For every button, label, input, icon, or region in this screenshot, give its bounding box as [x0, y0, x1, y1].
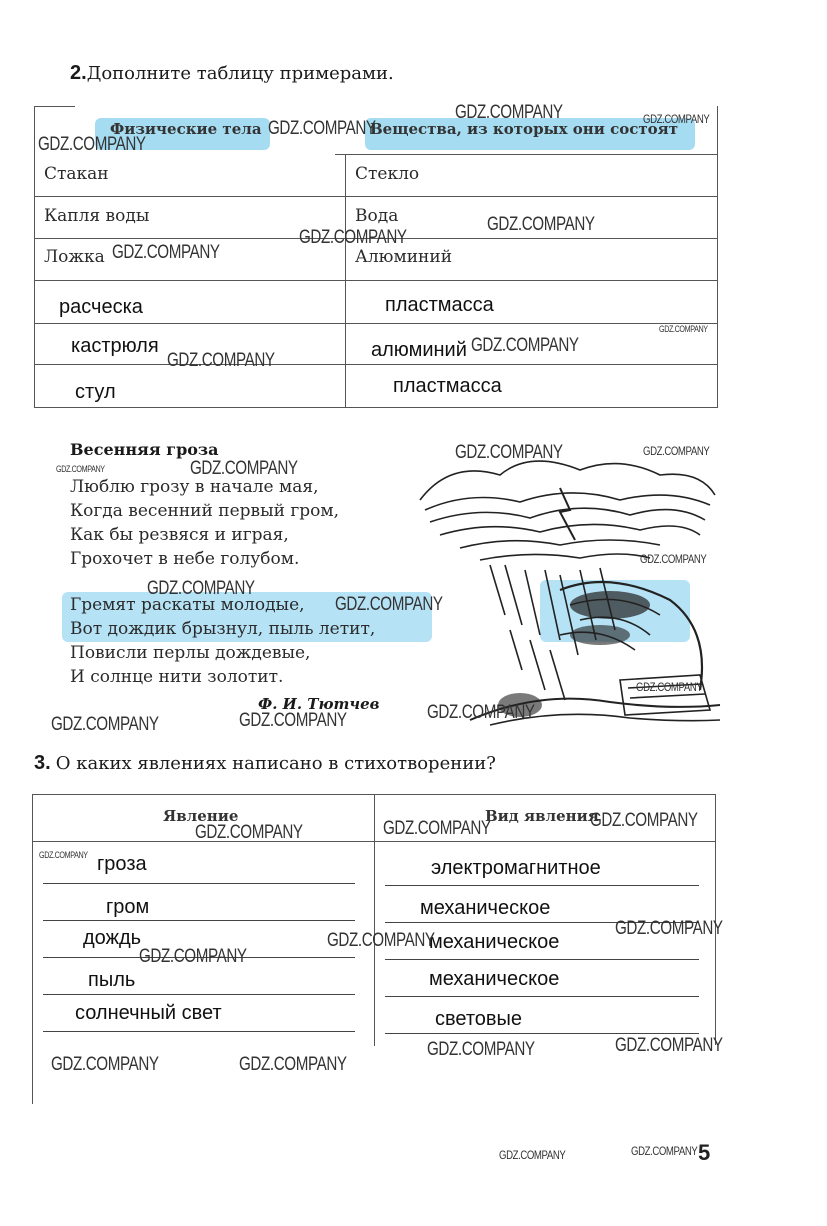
table-row-divider: [35, 196, 717, 197]
answer-cell: гроза: [97, 853, 147, 876]
answer-cell: электромагнитное: [431, 857, 601, 880]
answer-underline: [385, 959, 699, 960]
task2-number: 2.: [70, 62, 87, 84]
watermark: GDZ.COMPANY: [455, 442, 563, 464]
answer-cell: световые: [435, 1008, 522, 1031]
answer-cell: механическое: [429, 931, 559, 954]
watermark: GDZ.COMPANY: [56, 464, 105, 474]
table-cell: Ложка: [44, 247, 105, 267]
task3-header-phenomenon-type: Вид явления: [485, 807, 599, 825]
answer-underline: [43, 1031, 355, 1032]
watermark: GDZ.COMPANY: [640, 552, 706, 566]
watermark: GDZ.COMPANY: [487, 214, 595, 236]
answer-cell: механическое: [429, 968, 559, 991]
watermark: GDZ.COMPANY: [139, 946, 247, 968]
answer-cell: солнечный свет: [75, 1002, 222, 1025]
poem-stanza-1: Люблю грозу в начале мая, Когда весенний…: [70, 475, 339, 571]
answer-cell: пластмасса: [385, 294, 494, 317]
task2-title: Дополните таблицу примерами.: [87, 63, 394, 84]
watermark: GDZ.COMPANY: [659, 324, 708, 334]
task2-heading: 2.Дополните таблицу примерами.: [70, 62, 394, 85]
poem-line: Грохочет в небе голубом.: [70, 547, 339, 571]
answer-underline: [43, 994, 355, 995]
watermark: GDZ.COMPANY: [167, 350, 275, 372]
answer-cell: стул: [75, 381, 116, 404]
watermark: GDZ.COMPANY: [643, 444, 709, 458]
table-cell: Стекло: [355, 164, 419, 184]
answer-cell: пластмасса: [393, 375, 502, 398]
poem-line: Когда весенний первый гром,: [70, 499, 339, 523]
watermark: GDZ.COMPANY: [51, 1054, 159, 1076]
table-cell: Капля воды: [44, 206, 149, 226]
answer-cell: расческа: [59, 296, 143, 319]
watermark: GDZ.COMPANY: [112, 242, 220, 264]
answer-cell: гром: [106, 896, 149, 919]
answer-underline: [43, 883, 355, 884]
answer-cell: пыль: [88, 969, 135, 992]
answer-cell: дождь: [83, 927, 141, 950]
watermark: GDZ.COMPANY: [239, 710, 347, 732]
watermark: GDZ.COMPANY: [268, 118, 376, 140]
watermark: GDZ.COMPANY: [590, 810, 698, 832]
table-header-divider: [33, 841, 716, 842]
task3-title: О каких явлениях написано в стихотворени…: [56, 753, 496, 774]
watermark: GDZ.COMPANY: [615, 918, 723, 940]
poem-stanza-2: Гремят раскаты молодые, Вот дождик брызн…: [70, 593, 375, 689]
table-row-divider: [35, 280, 717, 281]
table-cell: Стакан: [44, 164, 109, 184]
answer-cell: алюминий: [371, 339, 467, 362]
poem-title: Весенняя гроза: [70, 440, 219, 459]
watermark: GDZ.COMPANY: [190, 458, 298, 480]
watermark: GDZ.COMPANY: [383, 818, 491, 840]
watermark: GDZ.COMPANY: [327, 930, 435, 952]
watermark: GDZ.COMPANY: [499, 1148, 565, 1162]
watermark: GDZ.COMPANY: [427, 702, 535, 724]
watermark: GDZ.COMPANY: [239, 1054, 347, 1076]
watermark: GDZ.COMPANY: [299, 227, 407, 249]
watermark: GDZ.COMPANY: [636, 680, 702, 694]
watermark: GDZ.COMPANY: [38, 134, 146, 156]
table-row-divider: [35, 323, 717, 324]
watermark: GDZ.COMPANY: [51, 714, 159, 736]
answer-underline: [385, 996, 699, 997]
poem-line: Повисли перлы дождевые,: [70, 641, 375, 665]
answer-underline: [385, 885, 699, 886]
watermark: GDZ.COMPANY: [471, 335, 579, 357]
watermark: GDZ.COMPANY: [455, 102, 563, 124]
answer-underline: [385, 1033, 699, 1034]
watermark: GDZ.COMPANY: [631, 1144, 697, 1158]
answer-cell: механическое: [420, 897, 550, 920]
table-top-border-left: [35, 106, 75, 107]
watermark: GDZ.COMPANY: [427, 1039, 535, 1061]
table-cell: Алюминий: [355, 247, 452, 267]
table-cell: Вода: [355, 206, 398, 226]
watermark: GDZ.COMPANY: [195, 822, 303, 844]
column-divider: [374, 795, 375, 1046]
watermark: GDZ.COMPANY: [39, 850, 88, 860]
watermark: GDZ.COMPANY: [615, 1035, 723, 1057]
table-row-divider: [335, 154, 717, 155]
table-row-divider: [35, 364, 717, 365]
poem-line: И солнце нити золотит.: [70, 665, 375, 689]
watermark: GDZ.COMPANY: [335, 594, 443, 616]
answer-cell: кастрюля: [71, 335, 159, 358]
task3-heading: 3. О каких явлениях написано в стихотвор…: [34, 752, 496, 775]
poem-line: Как бы резвяся и играя,: [70, 523, 339, 547]
poem-line: Вот дождик брызнул, пыль летит,: [70, 617, 375, 641]
watermark: GDZ.COMPANY: [643, 112, 709, 126]
watermark: GDZ.COMPANY: [147, 578, 255, 600]
page-number: 5: [698, 1140, 710, 1166]
task3-number: 3.: [34, 752, 51, 774]
answer-underline: [43, 920, 355, 921]
